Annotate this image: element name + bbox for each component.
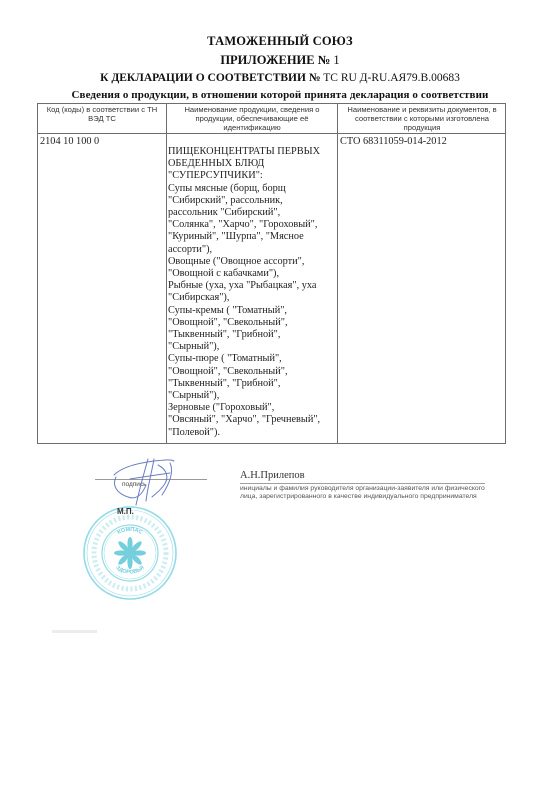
- product-table: Код (коды) в соответствии с ТН ВЭД ТС На…: [37, 103, 506, 444]
- column-header-code: Код (коды) в соответствии с ТН ВЭД ТС: [40, 105, 164, 123]
- appendix-number: 1: [333, 53, 339, 67]
- appendix-heading: ПРИЛОЖЕНИЕ № 1: [0, 53, 560, 68]
- product-line: "Овощной", "Свекольный",: [168, 366, 336, 378]
- product-line: "Овсяный", "Харчо", "Гречневый",: [168, 414, 336, 426]
- column-divider: [166, 104, 167, 443]
- header-row-divider: [38, 133, 505, 134]
- cell-product-description: ПИЩЕКОНЦЕНТРАТЫ ПЕРВЫХ ОБЕДЕННЫХ БЛЮД "С…: [168, 146, 336, 439]
- product-line: "Сибирский", рассольник,: [168, 195, 336, 207]
- declaration-heading: К ДЕКЛАРАЦИИ О СООТВЕТСТВИИ № ТС RU Д-RU…: [0, 72, 560, 84]
- product-line: Супы-кремы ( "Томатный",: [168, 305, 336, 317]
- cell-standard: СТО 68311059-014-2012: [340, 136, 447, 148]
- declaration-label: К ДЕКЛАРАЦИИ О СООТВЕТСТВИИ №: [100, 72, 320, 84]
- product-line: Супы мясные (борщ, борщ: [168, 183, 336, 195]
- product-line: ПИЩЕКОНЦЕНТРАТЫ ПЕРВЫХ: [168, 146, 336, 158]
- cell-tnved-code: 2104 10 100 0: [40, 136, 99, 148]
- product-line: "Солянка", "Харчо", "Гороховый",: [168, 219, 336, 231]
- product-line: "Куриный", "Шурпа", "Мясное: [168, 231, 336, 243]
- signer-caption: инициалы и фамилия руководителя организа…: [240, 485, 500, 502]
- handwritten-signature-icon: [108, 455, 188, 510]
- svg-text:КОМПАС: КОМПАС: [117, 527, 144, 536]
- product-line: Овощные ("Овощное ассорти",: [168, 256, 336, 268]
- product-line: "Овощной с кабачками"),: [168, 268, 336, 280]
- product-line: "Овощной", "Свекольный",: [168, 317, 336, 329]
- product-line: Рыбные (уха, уха "Рыбацкая", уха: [168, 280, 336, 292]
- faint-scan-mark: [52, 630, 97, 633]
- product-line: "Сырный"),: [168, 390, 336, 402]
- product-line: рассольник "Сибирский",: [168, 207, 336, 219]
- column-header-standard: Наименование и реквизиты документов, в с…: [340, 105, 504, 133]
- product-line: Супы-пюре ( "Томатный",: [168, 353, 336, 365]
- product-line: "Тыквенный", "Грибной",: [168, 329, 336, 341]
- column-divider: [337, 104, 338, 443]
- document-title: ТАМОЖЕННЫЙ СОЮЗ: [0, 34, 560, 49]
- declaration-number: ТС RU Д-RU.АЯ79.В.00683: [323, 72, 460, 84]
- appendix-label: ПРИЛОЖЕНИЕ №: [220, 53, 330, 67]
- company-seal-icon: КОМПАС ЗДОРОВЬЯ: [80, 503, 180, 603]
- signer-line: [240, 483, 485, 484]
- column-header-product: Наименование продукции, сведения о проду…: [169, 105, 335, 133]
- product-info-heading: Сведения о продукции, в отношении которо…: [0, 89, 560, 101]
- product-line: "СУПЕРСУПЧИКИ":: [168, 170, 336, 182]
- product-line: "Полевой").: [168, 427, 336, 439]
- product-line: "Сибирская"),: [168, 292, 336, 304]
- signer-name: А.Н.Прилепов: [240, 470, 305, 481]
- product-line: ОБЕДЕННЫХ БЛЮД: [168, 158, 336, 170]
- product-line: "Сырный"),: [168, 341, 336, 353]
- product-line: "Тыквенный", "Грибной",: [168, 378, 336, 390]
- product-line: ассорти"),: [168, 244, 336, 256]
- product-line: Зерновые ("Гороховый",: [168, 402, 336, 414]
